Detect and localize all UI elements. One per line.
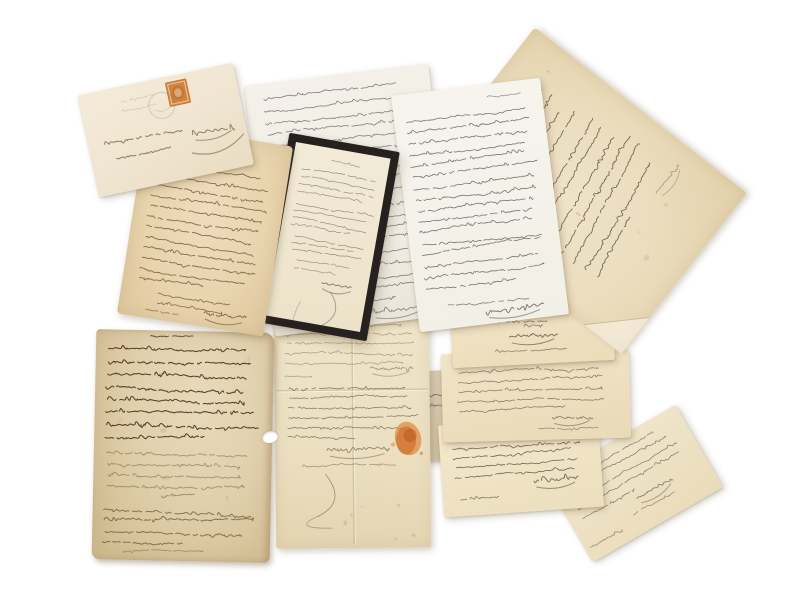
handwriting-block	[405, 106, 553, 292]
handwriting-block	[117, 147, 171, 160]
handwriting-block	[145, 309, 180, 316]
handwriting-block	[487, 92, 523, 99]
flourish-stroke	[307, 289, 338, 332]
letters-lot-photo	[0, 0, 800, 600]
handwriting-block	[291, 201, 374, 239]
handwriting-block	[524, 323, 543, 328]
handwriting-block	[103, 509, 254, 547]
signature-squiggle	[320, 282, 354, 297]
signature-squiggle	[655, 164, 685, 199]
old-manuscript	[92, 329, 275, 563]
handwriting-block	[123, 549, 203, 554]
signature-squiggle	[192, 121, 238, 143]
handwriting-block	[162, 494, 195, 499]
handwriting-block	[539, 427, 598, 431]
signature-squiggle	[486, 303, 545, 321]
handwriting-block	[120, 94, 156, 113]
signature-squiggle	[553, 415, 593, 426]
handwriting-block	[106, 451, 247, 491]
bottom-letter-sheet	[274, 315, 431, 549]
handwriting-block	[151, 335, 193, 338]
handwriting-block	[448, 295, 531, 309]
handwriting-block	[332, 160, 360, 168]
handwriting-block	[104, 126, 182, 148]
handwriting-block	[297, 167, 379, 206]
fold-crease	[277, 389, 428, 392]
bottom-letter-sheet-handwriting	[274, 315, 431, 549]
right-letter-sheet	[391, 78, 569, 333]
flourish-stroke	[317, 474, 335, 516]
handwriting-block	[303, 463, 396, 467]
flourish-stroke	[291, 300, 312, 332]
signature-squiggle	[203, 309, 247, 327]
right-letter-sheet-handwriting	[391, 78, 569, 333]
wax-seal	[391, 419, 425, 459]
signature-squiggle	[370, 367, 412, 377]
handwriting-block	[590, 529, 623, 550]
old-manuscript-handwriting	[92, 329, 275, 563]
signature-squiggle	[509, 332, 558, 346]
handwriting-block	[294, 257, 349, 277]
handwriting-block	[452, 440, 581, 479]
postage-stamp	[165, 79, 191, 107]
flourish-stroke	[307, 516, 332, 528]
handwriting-block	[291, 235, 364, 262]
handwriting-block	[105, 345, 260, 442]
signature-squiggle	[327, 447, 389, 459]
handwriting-block	[285, 376, 312, 378]
handwriting-block	[461, 495, 499, 500]
handwriting-block	[496, 346, 569, 353]
signature-squiggle	[534, 473, 579, 489]
handwriting-block	[633, 490, 675, 516]
